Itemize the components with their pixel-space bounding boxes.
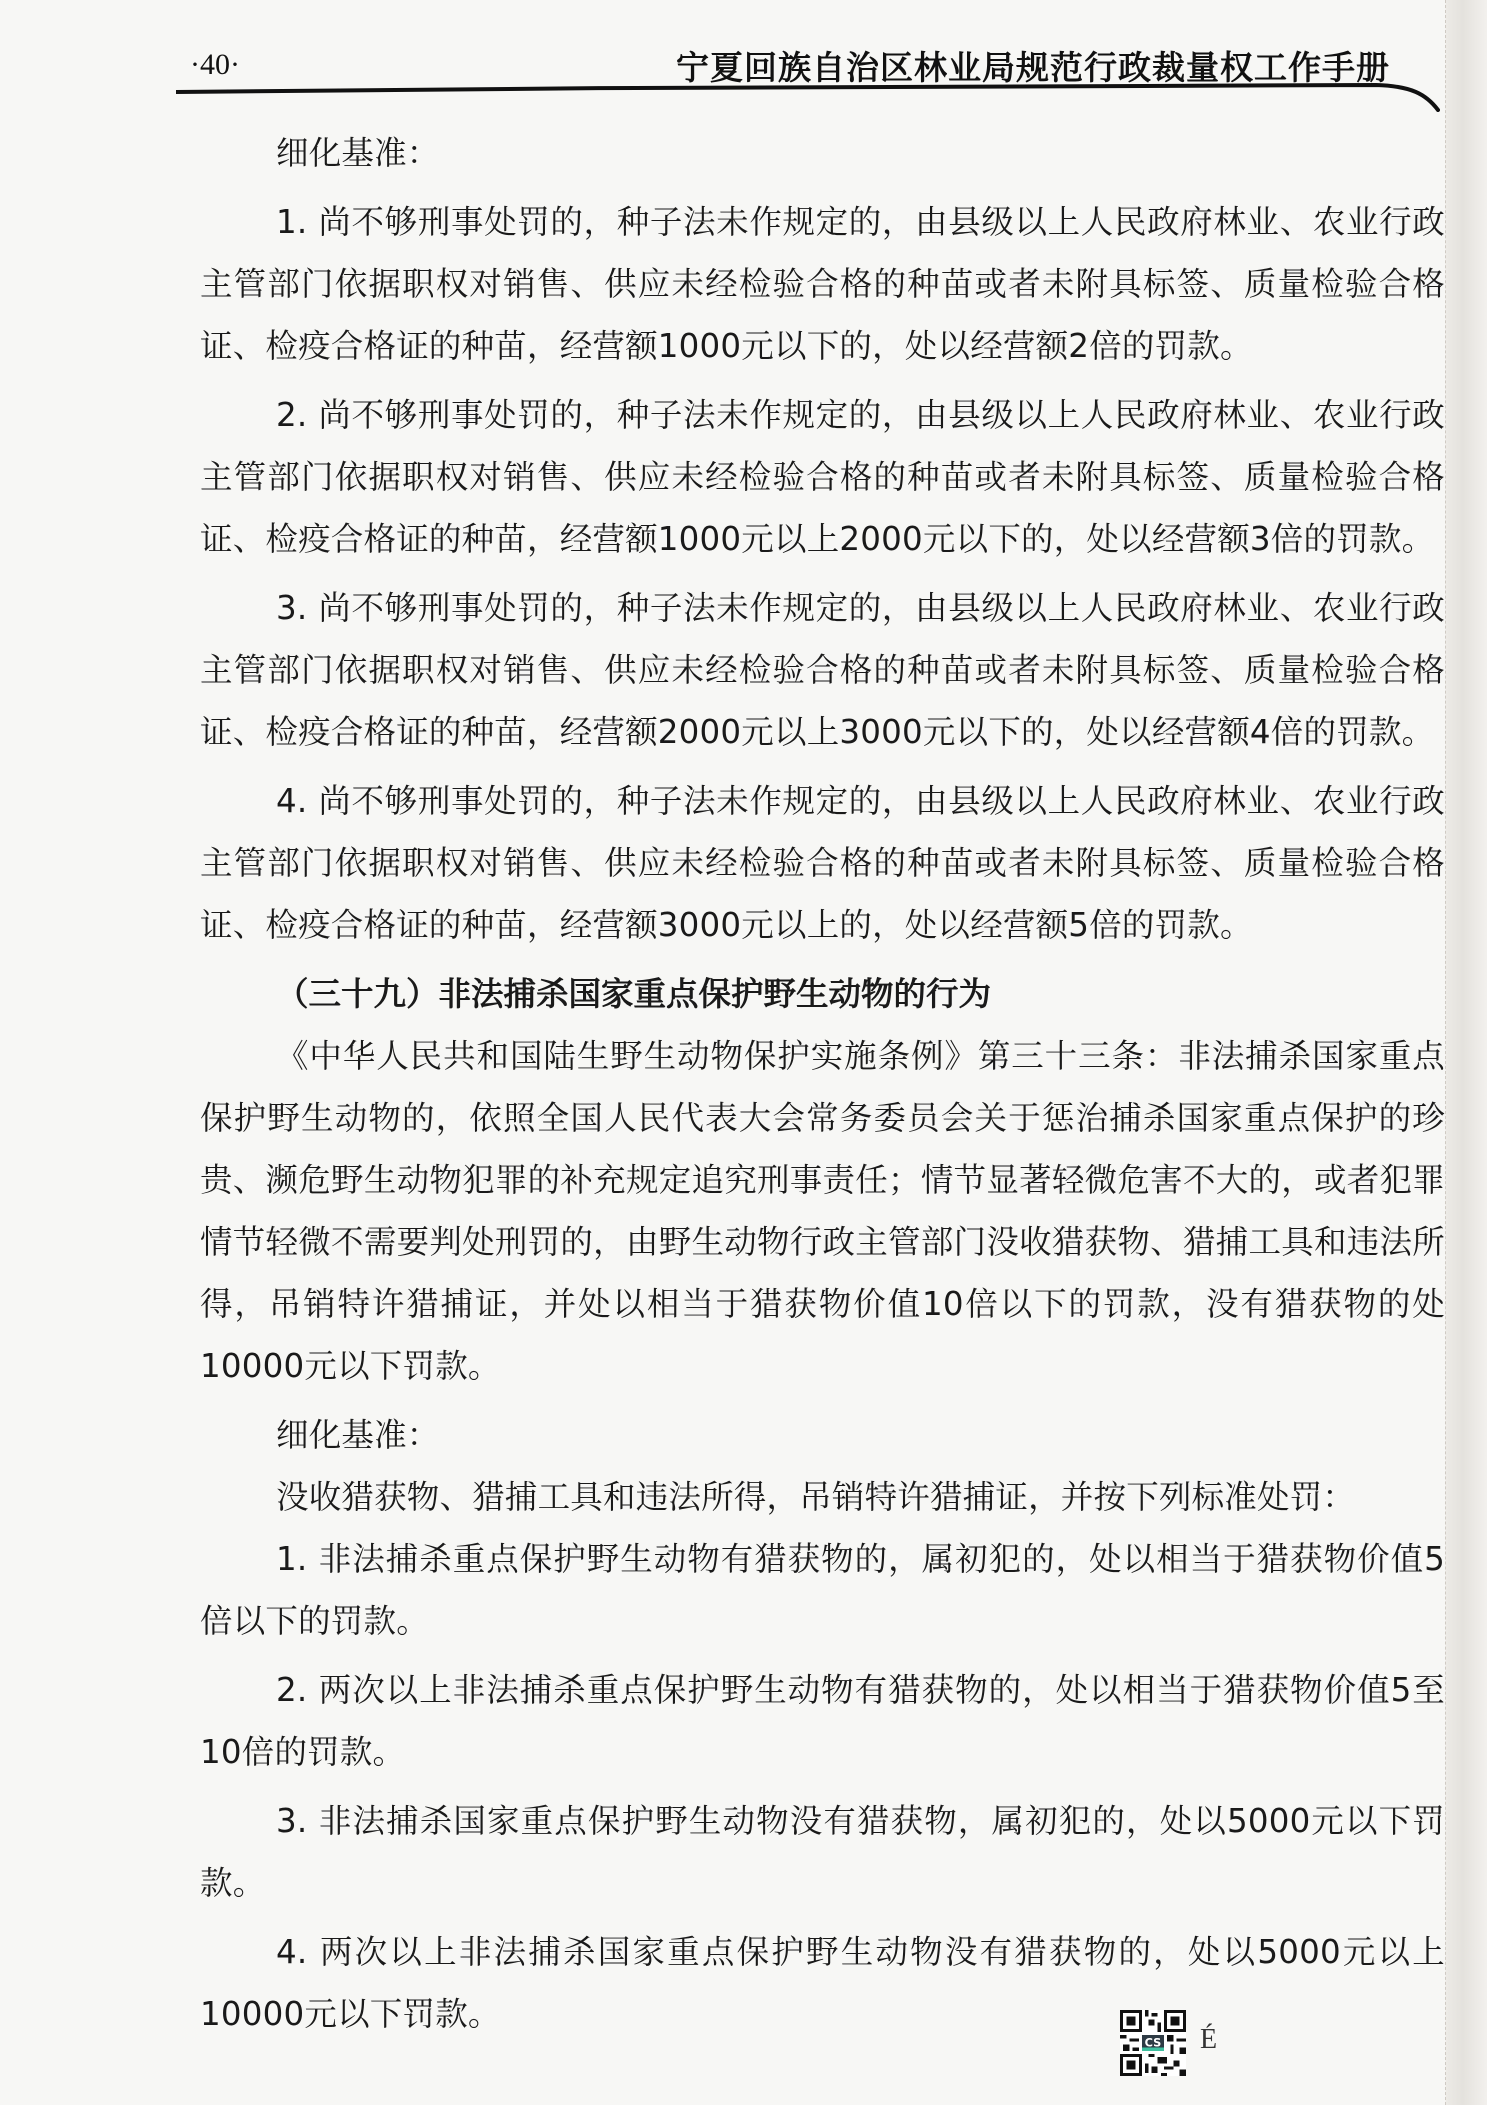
criterion-item: 1. 尚不够刑事处罚的，种子法未作规定的，由县级以上人民政府林业、农业行政主管部… [200,191,1445,377]
page-header: ·40· 宁夏回族自治区林业局规范行政裁量权工作手册 [190,30,1420,90]
criterion-item: 4. 尚不够刑事处罚的，种子法未作规定的，由县级以上人民政府林业、农业行政主管部… [200,770,1445,956]
criterion-item: 2. 两次以上非法捕杀重点保护野生动物有猎获物的，处以相当于猎获物价值5至10倍… [200,1659,1445,1783]
scan-mark: É [1200,2024,1217,2056]
header-rule [176,82,1440,112]
criterion-item: 3. 尚不够刑事处罚的，种子法未作规定的，由县级以上人民政府林业、农业行政主管部… [200,577,1445,763]
qr-code-icon: CS [1120,2010,1186,2076]
regulation-text: 《中华人民共和国陆生野生动物保护实施条例》第三十三条：非法捕杀国家重点保护野生动… [200,1025,1445,1397]
criterion-item: 4. 两次以上非法捕杀国家重点保护野生动物没有猎获物的，处以5000元以上100… [200,1921,1445,2045]
document-body: 细化基准： 1. 尚不够刑事处罚的，种子法未作规定的，由县级以上人民政府林业、农… [200,122,1445,2045]
section-heading: （三十九）非法捕杀国家重点保护野生动物的行为 [200,963,1445,1025]
criterion-item: 2. 尚不够刑事处罚的，种子法未作规定的，由县级以上人民政府林业、农业行政主管部… [200,384,1445,570]
page-number: ·40· [190,48,240,82]
page-footer: CS É [1120,2010,1240,2080]
page-edge-shadow [1445,0,1487,2105]
criterion-intro: 没收猎获物、猎捕工具和违法所得，吊销特许猎捕证，并按下列标准处罚： [200,1466,1445,1528]
criterion-item: 1. 非法捕杀重点保护野生动物有猎获物的，属初犯的，处以相当于猎获物价值5倍以下… [200,1528,1445,1652]
section-label: 细化基准： [200,122,1445,184]
section-label: 细化基准： [200,1404,1445,1466]
criterion-item: 3. 非法捕杀国家重点保护野生动物没有猎获物，属初犯的，处以5000元以下罚款。 [200,1790,1445,1914]
qr-badge: CS [1145,2036,1162,2049]
